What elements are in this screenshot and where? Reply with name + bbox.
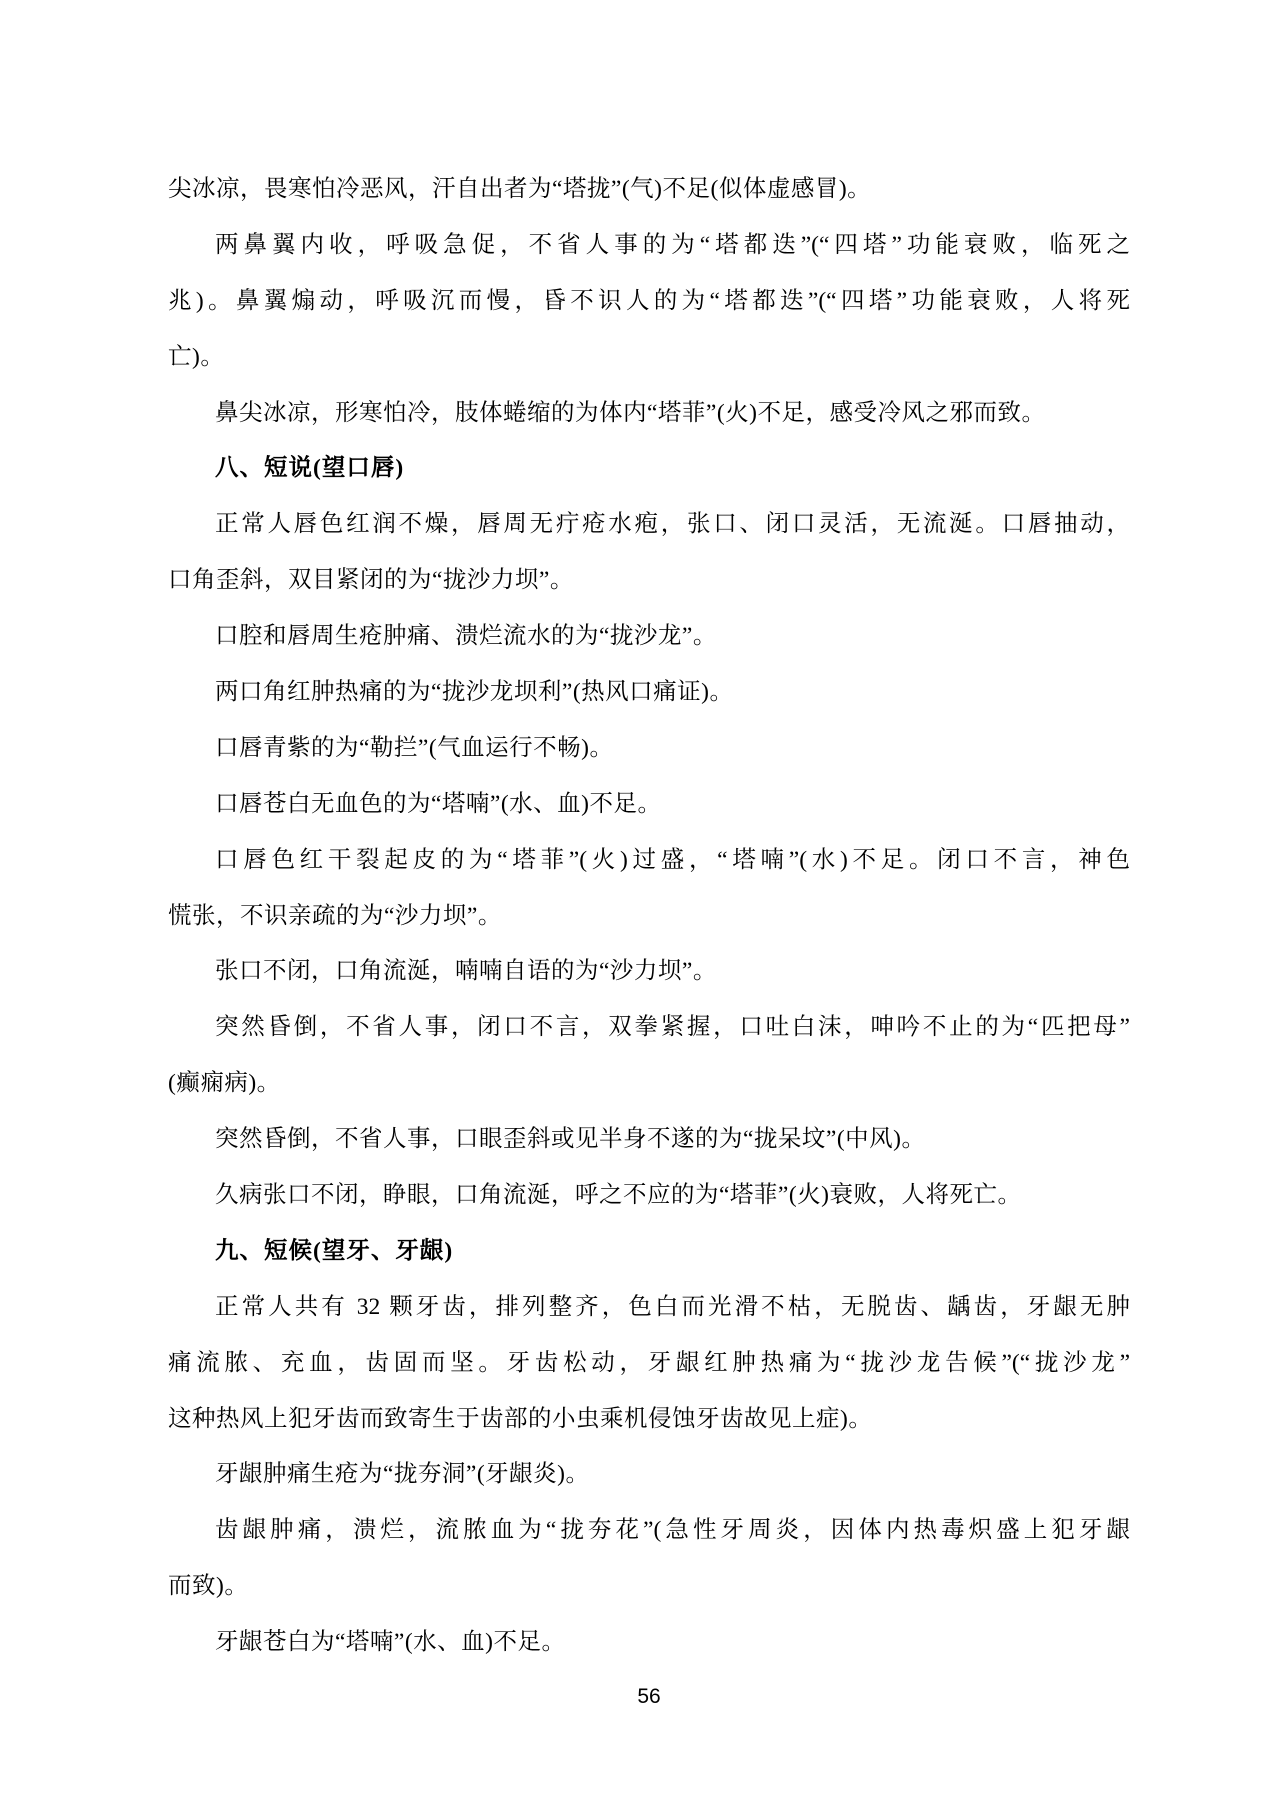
paragraph: 齿龈肿痛，溃烂，流脓血为“拢夯花”(急性牙周炎，因体内热毒炽盛上犯牙龈而致)。 <box>168 1503 1130 1615</box>
text-line: 突然昏倒，不省人事，闭口不言，双拳紧握，口吐白沫，呻吟不止的为“匹把母” <box>168 1000 1130 1056</box>
paragraph: 牙龈苍白为“塔喃”(水、血)不足。 <box>168 1615 1130 1671</box>
page-number: 56 <box>168 1682 1130 1712</box>
text-line: 两鼻翼内收，呼吸急促，不省人事的为“塔都迭”(“四塔”功能衰败，临死之 <box>168 218 1130 274</box>
paragraph: 两鼻翼内收，呼吸急促，不省人事的为“塔都迭”(“四塔”功能衰败，临死之兆)。鼻翼… <box>168 218 1130 386</box>
text-line: 痛流脓、充血，齿固而坚。牙齿松动，牙龈红肿热痛为“拢沙龙告候”(“拢沙龙” <box>168 1336 1130 1392</box>
heading-line: 九、短候(望牙、牙龈) <box>168 1224 1130 1280</box>
text-line: 久病张口不闭，睁眼，口角流涎，呼之不应的为“塔菲”(火)衰败，人将死亡。 <box>168 1168 1130 1224</box>
text-line: 口唇色红干裂起皮的为“塔菲”(火)过盛，“塔喃”(水)不足。闭口不言，神色 <box>168 833 1130 889</box>
paragraph: 尖冰凉，畏寒怕冷恶风，汗自出者为“塔拢”(气)不足(似体虚感冒)。 <box>168 162 1130 218</box>
text-line: 牙龈肿痛生疮为“拢夯洞”(牙龈炎)。 <box>168 1447 1130 1503</box>
paragraph: 正常人共有 32 颗牙齿，排列整齐，色白而光滑不枯，无脱齿、龋齿，牙龈无肿痛流脓… <box>168 1280 1130 1448</box>
paragraph: 牙龈肿痛生疮为“拢夯洞”(牙龈炎)。 <box>168 1447 1130 1503</box>
section-heading: 九、短候(望牙、牙龈) <box>168 1224 1130 1280</box>
paragraph: 口腔和唇周生疮肿痛、溃烂流水的为“拢沙龙”。 <box>168 609 1130 665</box>
text-line: 鼻尖冰凉，形寒怕冷，肢体蜷缩的为体内“塔菲”(火)不足，感受冷风之邪而致。 <box>168 386 1130 442</box>
text-line: 亡)。 <box>168 330 1130 386</box>
paragraph: 张口不闭，口角流涎，喃喃自语的为“沙力坝”。 <box>168 944 1130 1000</box>
text-line: 而致)。 <box>168 1559 1130 1615</box>
document-body: 尖冰凉，畏寒怕冷恶风，汗自出者为“塔拢”(气)不足(似体虚感冒)。两鼻翼内收，呼… <box>168 162 1130 1671</box>
paragraph: 久病张口不闭，睁眼，口角流涎，呼之不应的为“塔菲”(火)衰败，人将死亡。 <box>168 1168 1130 1224</box>
text-line: 牙龈苍白为“塔喃”(水、血)不足。 <box>168 1615 1130 1671</box>
section-heading: 八、短说(望口唇) <box>168 441 1130 497</box>
text-line: 口唇青紫的为“勒拦”(气血运行不畅)。 <box>168 721 1130 777</box>
text-line: 张口不闭，口角流涎，喃喃自语的为“沙力坝”。 <box>168 944 1130 1000</box>
text-line: 突然昏倒，不省人事，口眼歪斜或见半身不遂的为“拢呆坟”(中风)。 <box>168 1112 1130 1168</box>
paragraph: 口唇色红干裂起皮的为“塔菲”(火)过盛，“塔喃”(水)不足。闭口不言，神色慌张，… <box>168 833 1130 945</box>
text-line: 慌张，不识亲疏的为“沙力坝”。 <box>168 889 1130 945</box>
text-line: 兆)。鼻翼煽动，呼吸沉而慢，昏不识人的为“塔都迭”(“四塔”功能衰败，人将死 <box>168 274 1130 330</box>
paragraph: 两口角红肿热痛的为“拢沙龙坝利”(热风口痛证)。 <box>168 665 1130 721</box>
paragraph: 突然昏倒，不省人事，口眼歪斜或见半身不遂的为“拢呆坟”(中风)。 <box>168 1112 1130 1168</box>
heading-line: 八、短说(望口唇) <box>168 441 1130 497</box>
paragraph: 口唇青紫的为“勒拦”(气血运行不畅)。 <box>168 721 1130 777</box>
paragraph: 鼻尖冰凉，形寒怕冷，肢体蜷缩的为体内“塔菲”(火)不足，感受冷风之邪而致。 <box>168 386 1130 442</box>
text-line: 这种热风上犯牙齿而致寄生于齿部的小虫乘机侵蚀牙齿故见上症)。 <box>168 1392 1130 1448</box>
text-line: 两口角红肿热痛的为“拢沙龙坝利”(热风口痛证)。 <box>168 665 1130 721</box>
text-line: 口角歪斜，双目紧闭的为“拢沙力坝”。 <box>168 553 1130 609</box>
text-line: 尖冰凉，畏寒怕冷恶风，汗自出者为“塔拢”(气)不足(似体虚感冒)。 <box>168 162 1130 218</box>
text-line: (癫痫病)。 <box>168 1056 1130 1112</box>
document-page: 尖冰凉，畏寒怕冷恶风，汗自出者为“塔拢”(气)不足(似体虚感冒)。两鼻翼内收，呼… <box>0 0 1274 1801</box>
paragraph: 口唇苍白无血色的为“塔喃”(水、血)不足。 <box>168 777 1130 833</box>
text-line: 正常人唇色红润不燥，唇周无疔疮水疱，张口、闭口灵活，无流涎。口唇抽动， <box>168 497 1130 553</box>
text-line: 正常人共有 32 颗牙齿，排列整齐，色白而光滑不枯，无脱齿、龋齿，牙龈无肿 <box>168 1280 1130 1336</box>
text-line: 口腔和唇周生疮肿痛、溃烂流水的为“拢沙龙”。 <box>168 609 1130 665</box>
paragraph: 正常人唇色红润不燥，唇周无疔疮水疱，张口、闭口灵活，无流涎。口唇抽动，口角歪斜，… <box>168 497 1130 609</box>
paragraph: 突然昏倒，不省人事，闭口不言，双拳紧握，口吐白沫，呻吟不止的为“匹把母”(癫痫病… <box>168 1000 1130 1112</box>
text-line: 齿龈肿痛，溃烂，流脓血为“拢夯花”(急性牙周炎，因体内热毒炽盛上犯牙龈 <box>168 1503 1130 1559</box>
text-line: 口唇苍白无血色的为“塔喃”(水、血)不足。 <box>168 777 1130 833</box>
